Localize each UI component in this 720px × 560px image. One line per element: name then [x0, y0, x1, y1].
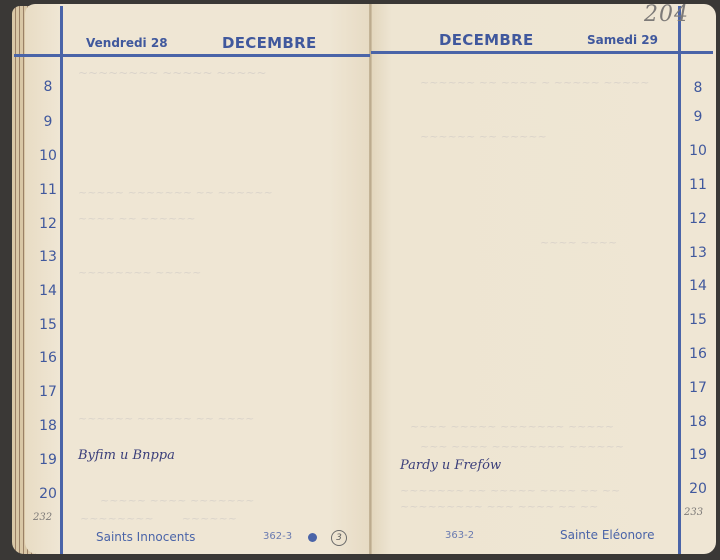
- right-day-label: Samedi 29: [587, 33, 658, 47]
- left-handwritten-entry: Byfim u Bnppa: [78, 448, 175, 463]
- bleed-through-text: ~~~~ ~~~~~ ~~~~~~~ ~~~~~: [410, 420, 614, 433]
- right-hour-14: 14: [683, 278, 713, 294]
- right-handwritten-entry: Pardy u Frefów: [400, 458, 501, 473]
- left-day-code: 362-3: [263, 531, 292, 542]
- right-hour-18: 18: [683, 414, 713, 430]
- right-hour-10: 10: [683, 143, 713, 159]
- right-hour-19: 19: [683, 447, 713, 463]
- right-pencil-page-number: 233: [684, 507, 703, 518]
- left-month-label: DECEMBRE: [222, 34, 317, 52]
- left-hour-20: 20: [33, 486, 63, 502]
- bleed-through-text: ~~~ ~~~~ ~~~~~~~~ ~~~~~~: [420, 440, 624, 453]
- bleed-through-text: ~~~~~~ ~~~~~~ ~~ ~~~~: [78, 412, 254, 425]
- diary-spread: Vendredi 28 DECEMBRE DECEMBRE Samedi 29 …: [0, 0, 720, 560]
- right-hour-12: 12: [683, 211, 713, 227]
- bleed-through-text: ~~~~~~ ~~ ~~~~ ~ ~~~~~ ~~~~~: [420, 76, 649, 89]
- left-saint-name: Saints Innocents: [96, 530, 195, 544]
- corner-page-number: 204: [644, 2, 689, 27]
- circled-number: 3: [331, 530, 347, 546]
- left-page: [25, 4, 371, 554]
- bleed-through-text: ~~~~~ ~~~~ ~~~~~~~: [100, 494, 254, 507]
- left-hour-12: 12: [33, 216, 63, 232]
- bleed-through-text: ~~~~~~~ ~~ ~~~~~ ~~~~ ~~ ~~: [400, 484, 620, 497]
- left-hour-10: 10: [33, 148, 63, 164]
- left-hour-19: 19: [33, 452, 63, 468]
- right-hour-8: 8: [683, 80, 713, 96]
- book-gutter: [369, 4, 372, 554]
- right-hour-11: 11: [683, 177, 713, 193]
- right-hour-17: 17: [683, 380, 713, 396]
- left-header-rule: [14, 54, 370, 57]
- left-hour-8: 8: [33, 79, 63, 95]
- left-hour-15: 15: [33, 317, 63, 333]
- right-hour-15: 15: [683, 312, 713, 328]
- bleed-through-text: ~~~~~~~~~ ~~~ ~~~~ ~~ ~~: [400, 500, 598, 513]
- right-day-code: 363-2: [445, 530, 474, 541]
- right-hour-16: 16: [683, 346, 713, 362]
- bleed-through-text: ~~~~ ~~ ~~~~~~: [78, 212, 196, 225]
- left-hour-11: 11: [33, 182, 63, 198]
- right-saint-name: Sainte Eléonore: [560, 528, 654, 542]
- left-hour-18: 18: [33, 418, 63, 434]
- right-margin-rule: [678, 6, 681, 554]
- left-hour-13: 13: [33, 249, 63, 265]
- left-hour-17: 17: [33, 384, 63, 400]
- right-hour-20: 20: [683, 481, 713, 497]
- bleed-through-text: ~~~~~ ~~~~~~~ ~~ ~~~~~~: [78, 186, 273, 199]
- right-header-rule: [371, 51, 713, 54]
- right-month-label: DECEMBRE: [439, 31, 534, 49]
- left-hour-16: 16: [33, 350, 63, 366]
- bleed-through-text: ~~~~~~~~ ~~~~~: [78, 266, 201, 279]
- left-pencil-page-number: 232: [33, 512, 52, 523]
- bleed-through-text: ~~~~ ~~~~: [540, 236, 617, 249]
- left-hour-14: 14: [33, 283, 63, 299]
- bleed-through-text: ~~~~~~~~ ~~~~~ ~~~~~: [78, 66, 267, 80]
- full-moon-icon: [308, 533, 317, 542]
- left-day-label: Vendredi 28: [86, 36, 168, 50]
- bleed-through-text: ~~~~~~~~ ~~~~~~: [80, 512, 237, 525]
- bleed-through-text: ~~~~~~ ~~ ~~~~~: [420, 130, 547, 143]
- right-hour-13: 13: [683, 245, 713, 261]
- right-hour-9: 9: [683, 109, 713, 125]
- left-hour-9: 9: [33, 114, 63, 130]
